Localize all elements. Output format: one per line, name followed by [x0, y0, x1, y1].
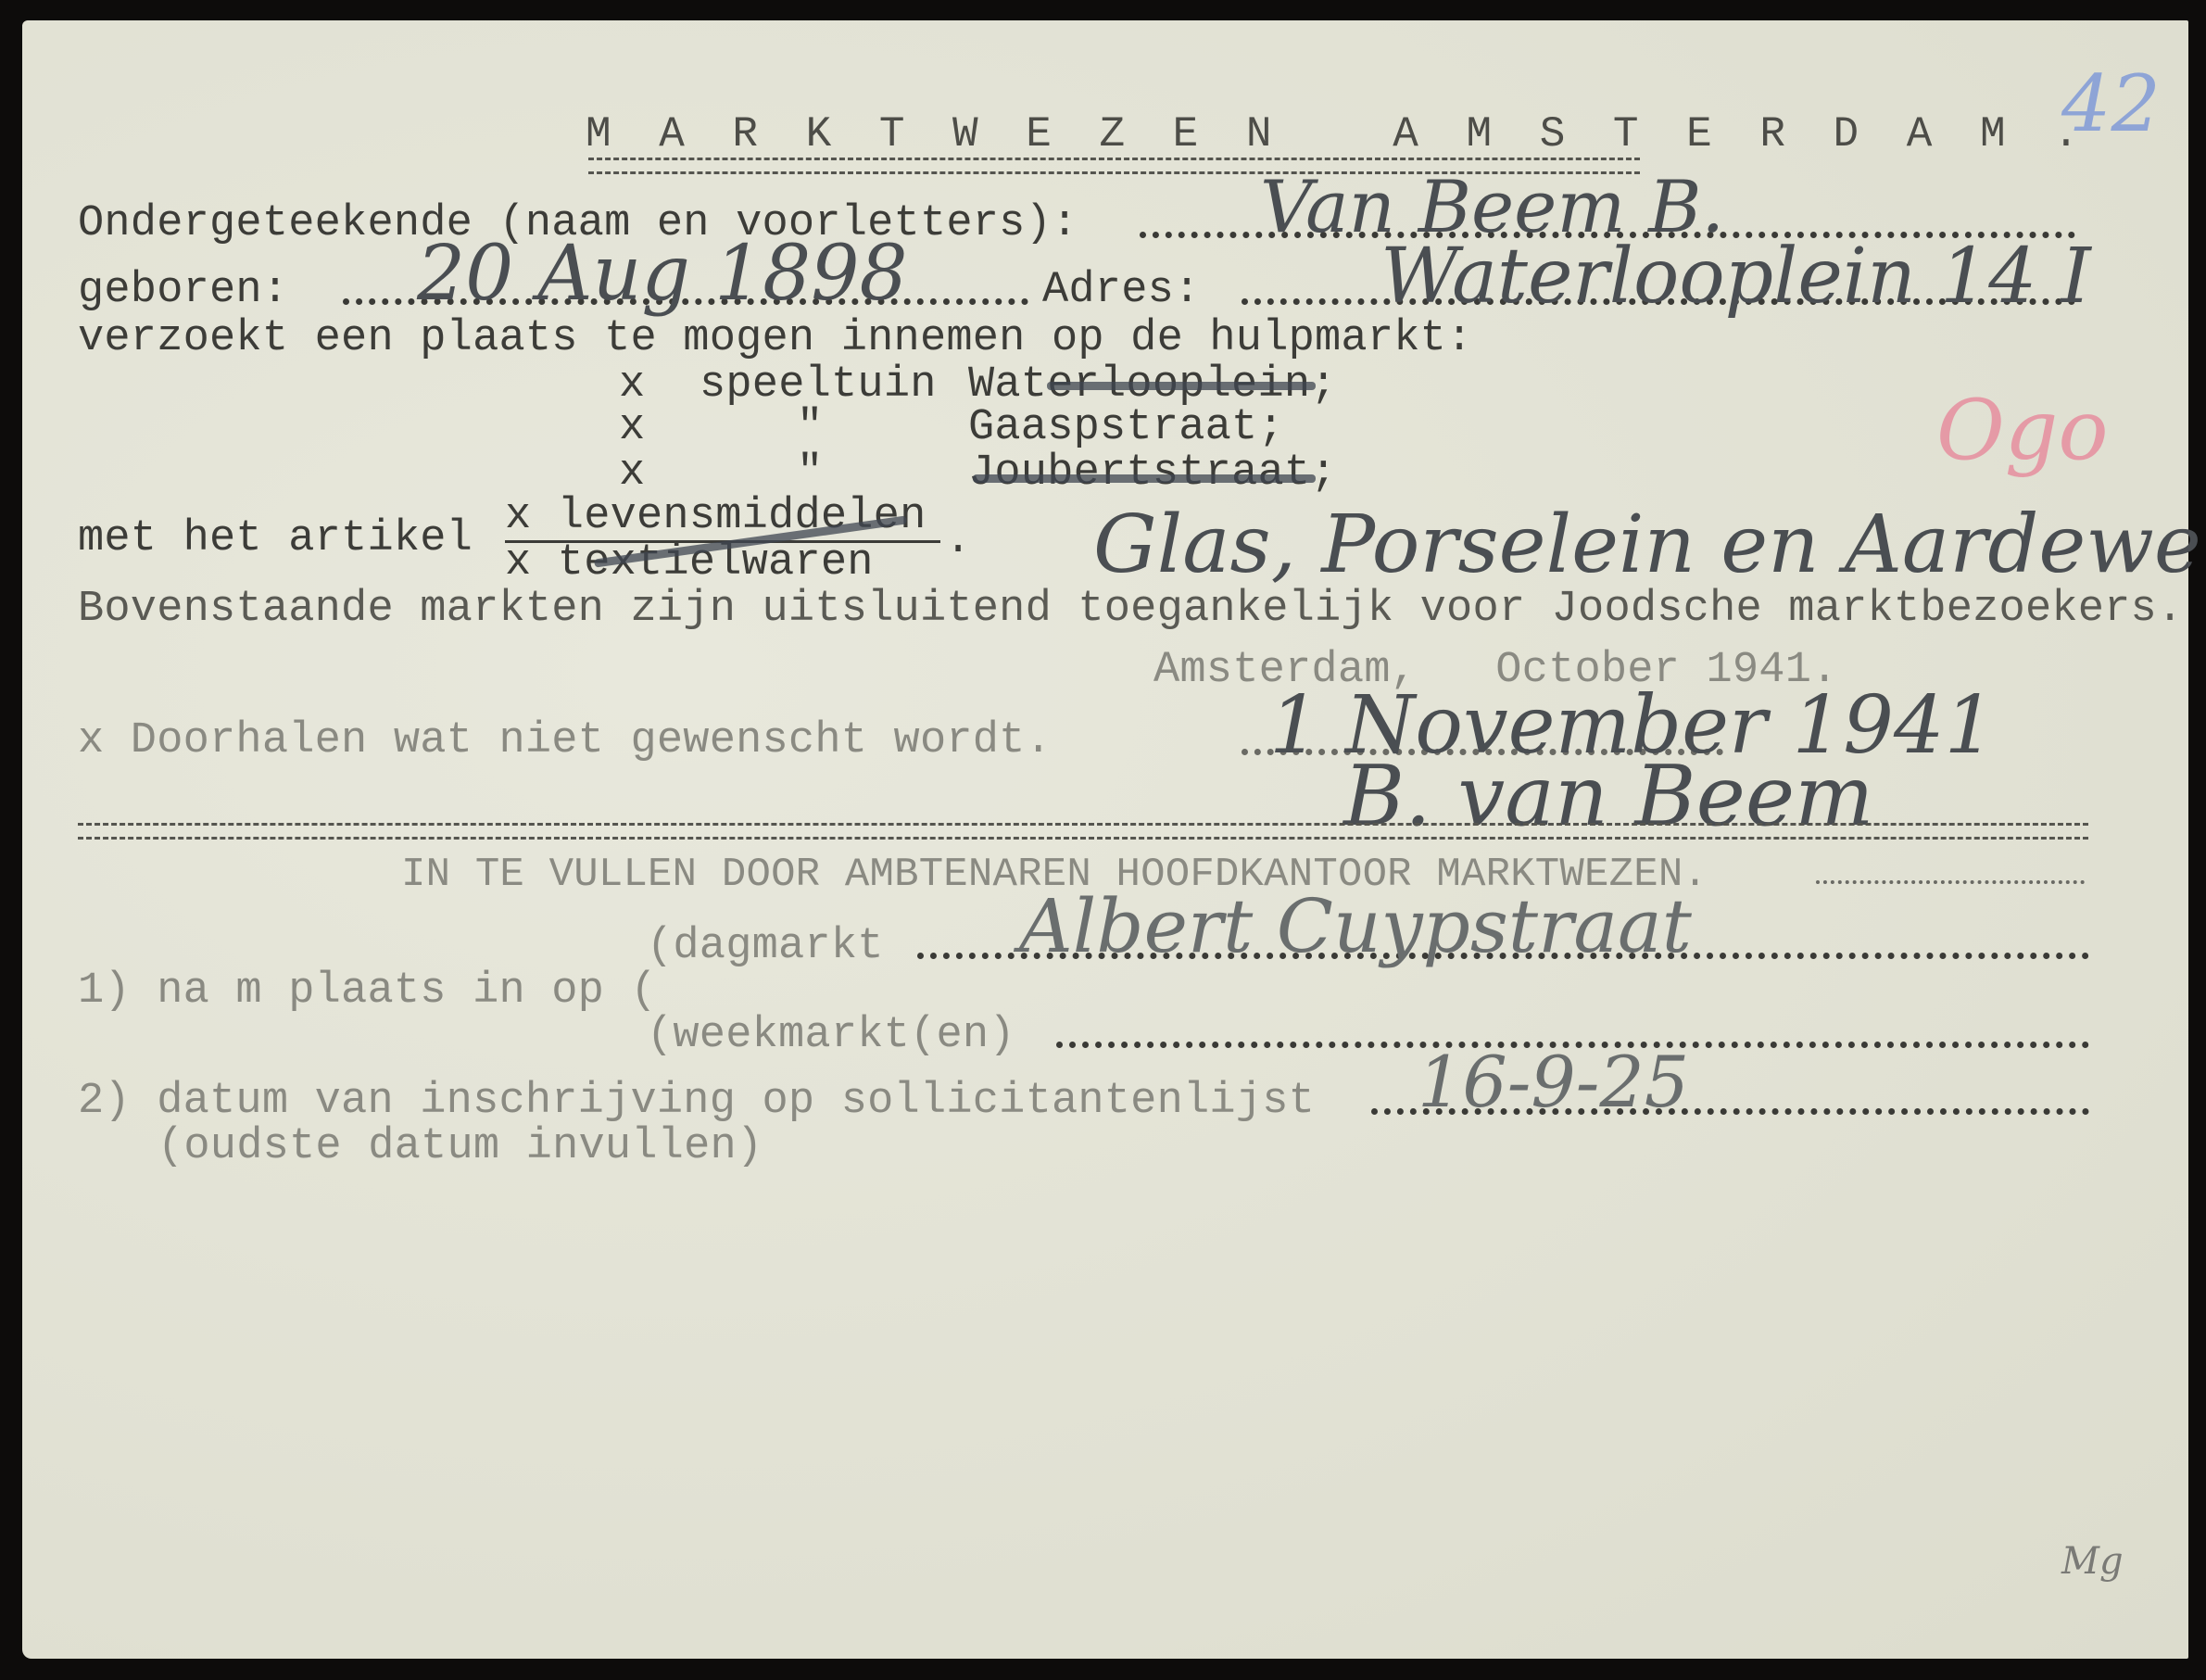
market-marker: x	[619, 363, 645, 407]
place-label: 1) na m plaats in op (	[78, 969, 657, 1013]
daymarket-value: Albert Cuypstraat	[1019, 890, 1692, 964]
born-value: 20 Aug 1898	[417, 236, 908, 312]
strikethrough-mark	[973, 474, 1316, 483]
document-title: M A R K T W E Z E N A M S T E R D A M .	[586, 113, 2090, 156]
bottom-initials: Mg	[2061, 1543, 2124, 1580]
strikethrough-mark	[1047, 382, 1316, 390]
annotation-number: 42	[2061, 65, 2161, 143]
market-marker: x	[619, 406, 645, 449]
born-label: geboren:	[78, 269, 288, 312]
address-value: Waterlooplein 14 I	[1380, 239, 2091, 315]
section-separator	[78, 823, 2088, 840]
article-option-food: x levensmiddelen	[505, 495, 926, 538]
article-label: met het artikel	[78, 517, 473, 561]
article-period: .	[945, 519, 971, 562]
market-prefix: speeltuin	[700, 363, 937, 407]
request-line: verzoekt een plaats te mogen innemen op …	[78, 317, 1472, 360]
market-name-joubertstraat: Joubertstraat;	[968, 451, 1337, 495]
article-handwritten: Glas, Porselein en Aardewerk	[1093, 505, 2206, 585]
address-label: Adres:	[1042, 269, 1200, 312]
market-marker: x	[619, 451, 645, 495]
market-prefix: "	[797, 406, 823, 449]
header-dotted-line	[1816, 880, 2085, 884]
daymarket-label: (dagmarkt	[647, 925, 884, 968]
market-name-gaaspstraat: Gaaspstraat;	[968, 406, 1284, 449]
red-annotation: Ogo	[1936, 389, 2109, 473]
registration-value: 16-9-25	[1418, 1047, 1689, 1118]
strike-instruction: x Doorhalen wat niet gewenscht wordt.	[78, 719, 1052, 763]
notice-text: Bovenstaande markten zijn uitsluitend to…	[78, 587, 2183, 631]
market-prefix: "	[797, 451, 823, 495]
weekmarket-label: (weekmarkt(en)	[647, 1014, 1015, 1057]
registration-note: (oudste datum invullen)	[158, 1125, 763, 1168]
registration-label: 2) datum van inschrijving op sollicitant…	[78, 1080, 1315, 1123]
